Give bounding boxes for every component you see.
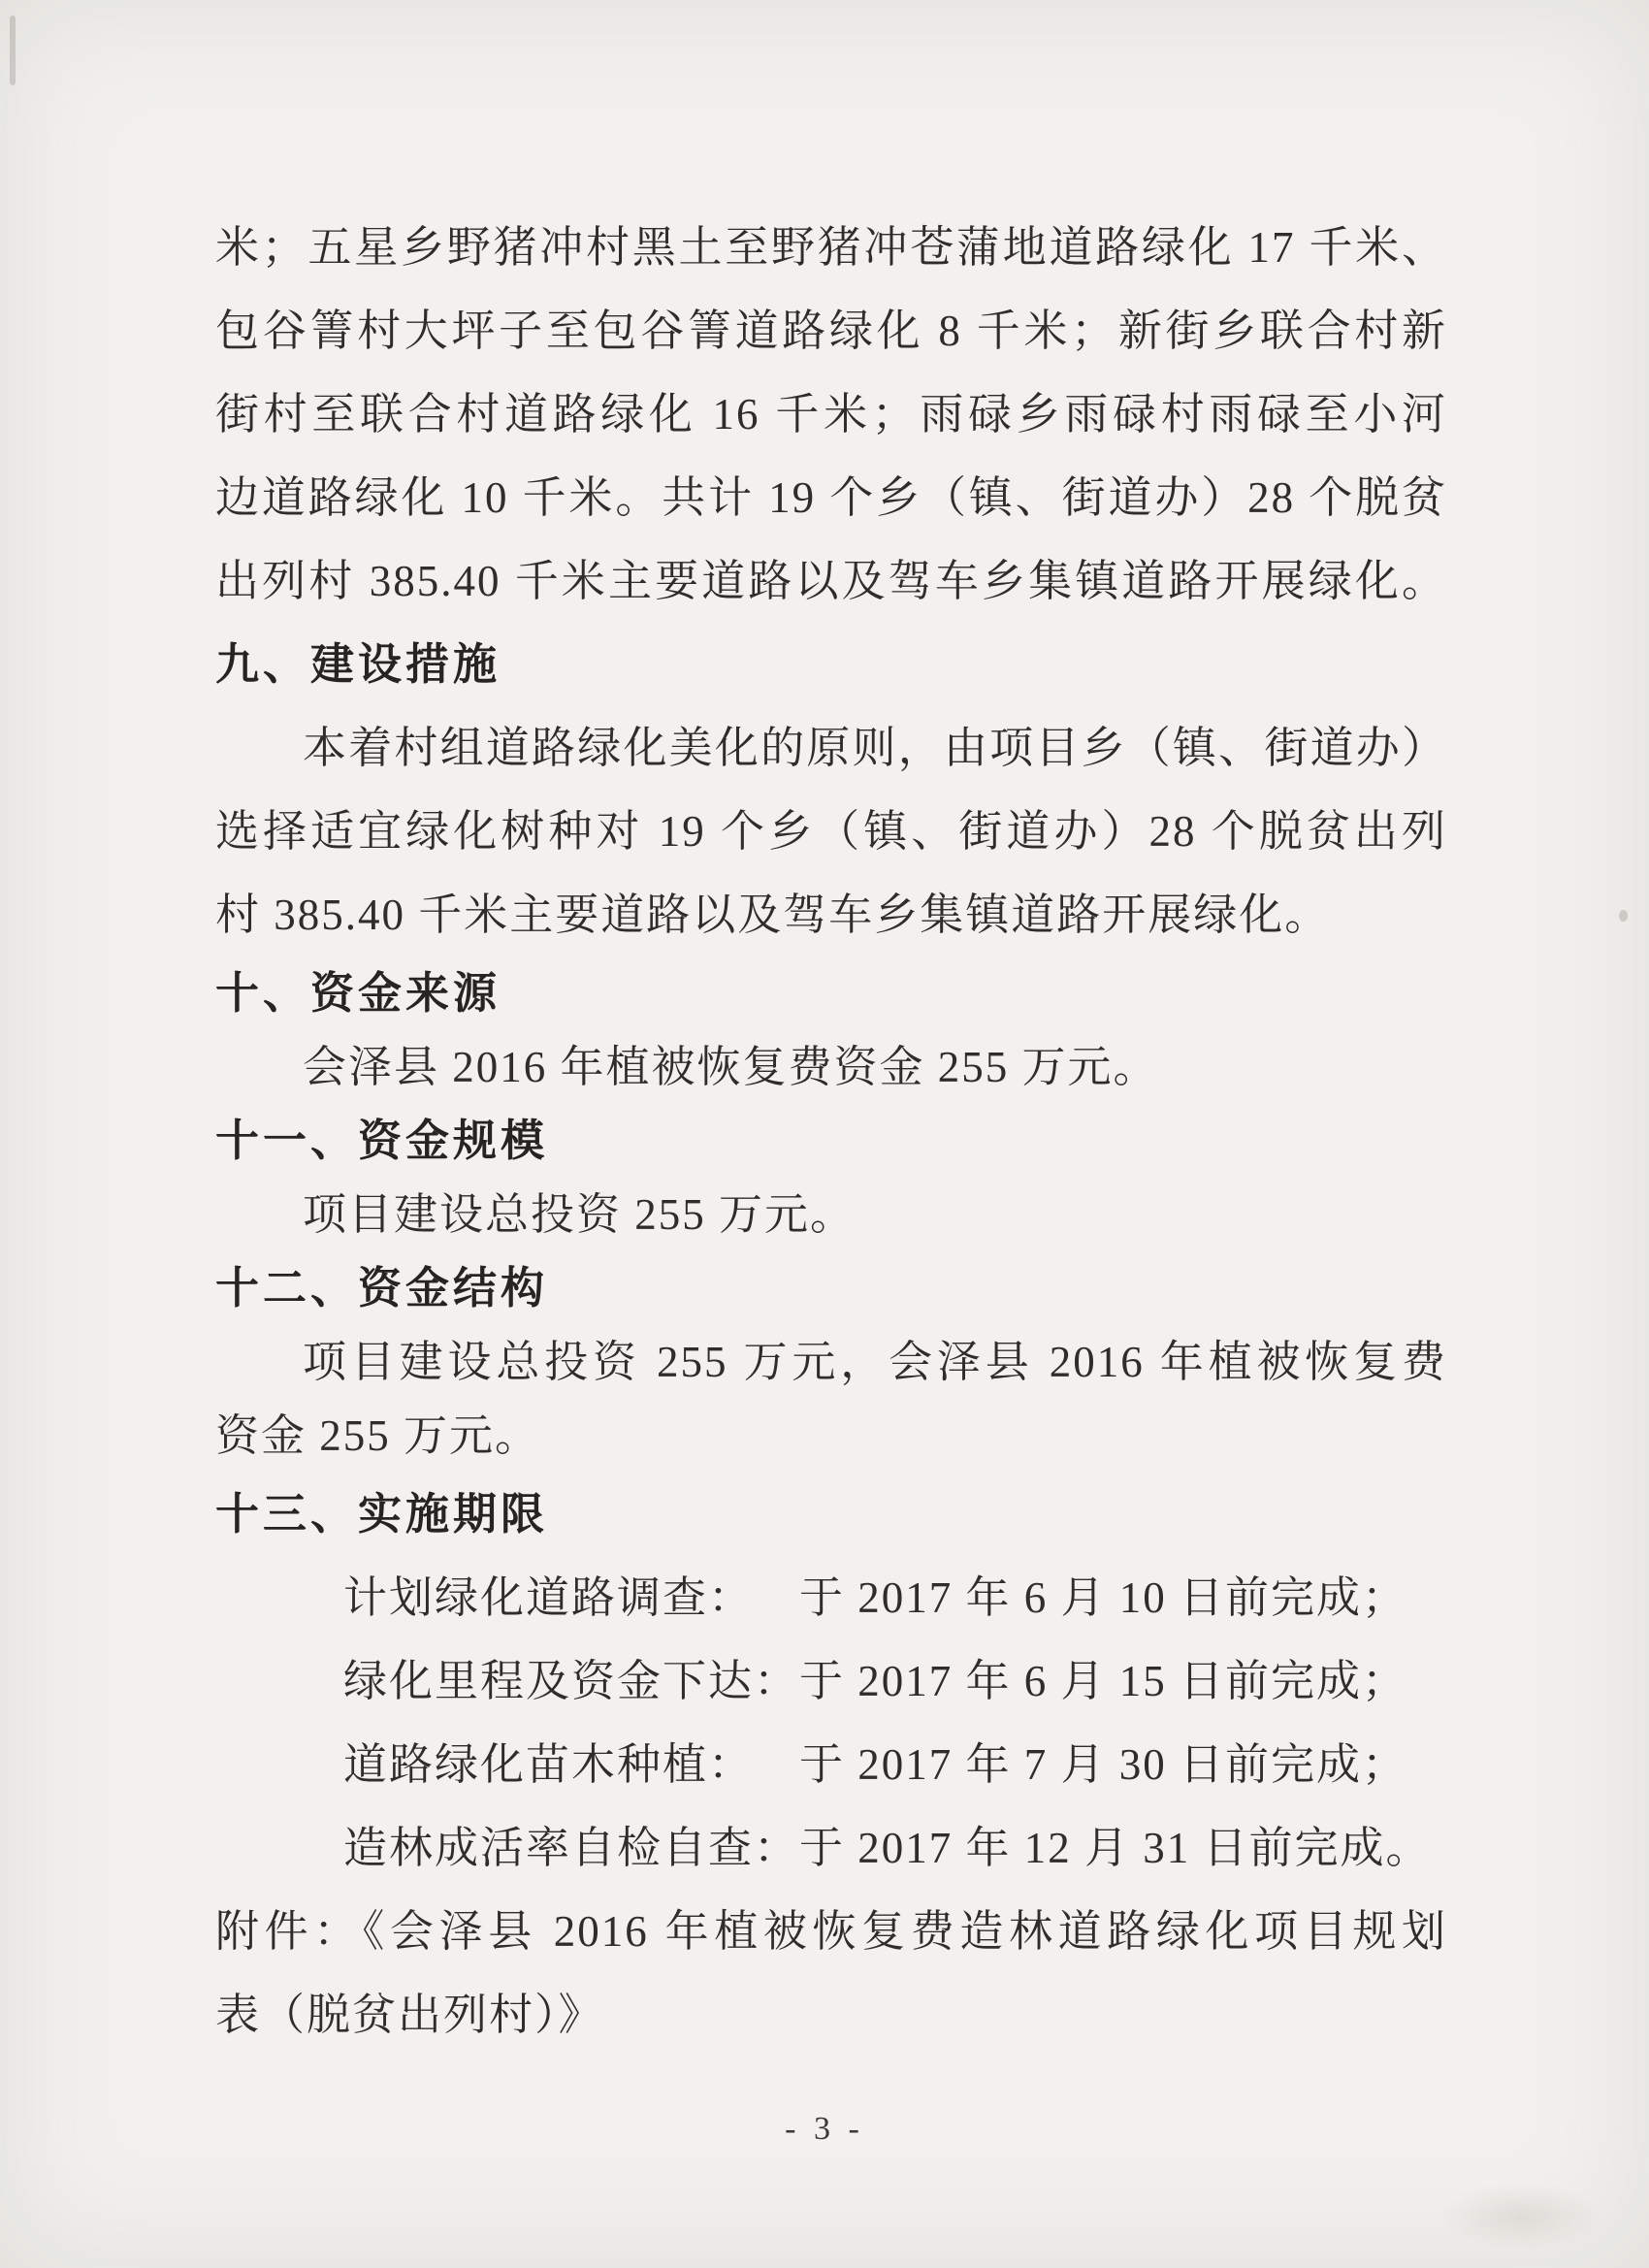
schedule-label: 计划绿化道路调查： <box>343 1556 799 1639</box>
document-line: 附件：《会泽县 2016 年植被恢复费造林道路绿化项目规划 <box>215 1890 1447 1973</box>
schedule-row: 道路绿化苗木种植：于 2017 年 7 月 30 日前完成； <box>343 1723 1447 1806</box>
section-heading: 九、建设措施 <box>215 623 1447 706</box>
section-heading: 十一、资金规模 <box>215 1104 1447 1178</box>
document-line: 街村至联合村道路绿化 16 千米；雨碌乡雨碌村雨碌至小河 <box>215 373 1447 456</box>
document-line: 会泽县 2016 年植被恢复费资金 255 万元。 <box>215 1030 1447 1104</box>
schedule-label: 道路绿化苗木种植： <box>343 1723 799 1806</box>
document-line: 项目建设总投资 255 万元。 <box>215 1178 1447 1251</box>
document-line: 包谷箐村大坪子至包谷箐道路绿化 8 千米；新街乡联合村新 <box>215 289 1447 373</box>
schedule-value: 于 2017 年 6 月 10 日前完成； <box>799 1556 1407 1639</box>
schedule-value: 于 2017 年 12 月 31 日前完成。 <box>799 1806 1432 1890</box>
scan-artifact <box>1439 2183 1604 2251</box>
schedule-row: 绿化里程及资金下达：于 2017 年 6 月 15 日前完成； <box>343 1639 1447 1723</box>
document-line: 米；五星乡野猪冲村黑土至野猪冲苍蒲地道路绿化 17 千米、 <box>215 206 1447 289</box>
document-line: 资金 255 万元。 <box>215 1399 1447 1473</box>
document-line: 边道路绿化 10 千米。共计 19 个乡（镇、街道办）28 个脱贫 <box>215 456 1447 539</box>
section-heading: 十三、实施期限 <box>215 1473 1447 1556</box>
schedule-value: 于 2017 年 6 月 15 日前完成； <box>799 1639 1407 1723</box>
scan-artifact <box>1619 910 1628 922</box>
schedule-label: 绿化里程及资金下达： <box>343 1639 799 1723</box>
document-line: 选择适宜绿化树种对 19 个乡（镇、街道办）28 个脱贫出列 <box>215 790 1447 873</box>
schedule-row: 计划绿化道路调查：于 2017 年 6 月 10 日前完成； <box>343 1556 1447 1639</box>
schedule-row: 造林成活率自检自查：于 2017 年 12 月 31 日前完成。 <box>343 1806 1447 1890</box>
document-line: 村 385.40 千米主要道路以及驾车乡集镇道路开展绿化。 <box>215 873 1447 956</box>
document-line: 本着村组道路绿化美化的原则，由项目乡（镇、街道办） <box>215 706 1447 790</box>
document-line: 出列村 385.40 千米主要道路以及驾车乡集镇道路开展绿化。 <box>215 539 1447 623</box>
document-body: 米；五星乡野猪冲村黑土至野猪冲苍蒲地道路绿化 17 千米、包谷箐村大坪子至包谷箐… <box>215 206 1447 2057</box>
section-heading: 十二、资金结构 <box>215 1251 1447 1325</box>
schedule-label: 造林成活率自检自查： <box>343 1806 799 1890</box>
page-number: - 3 - <box>0 2111 1649 2148</box>
document-line: 表（脱贫出列村）》 <box>215 1973 1447 2057</box>
scan-artifact <box>10 16 16 85</box>
document-line: 项目建设总投资 255 万元，会泽县 2016 年植被恢复费 <box>215 1325 1447 1399</box>
section-heading: 十、资金来源 <box>215 956 1447 1030</box>
schedule-value: 于 2017 年 7 月 30 日前完成； <box>799 1723 1407 1806</box>
document-page: 米；五星乡野猪冲村黑土至野猪冲苍蒲地道路绿化 17 千米、包谷箐村大坪子至包谷箐… <box>0 0 1649 2268</box>
